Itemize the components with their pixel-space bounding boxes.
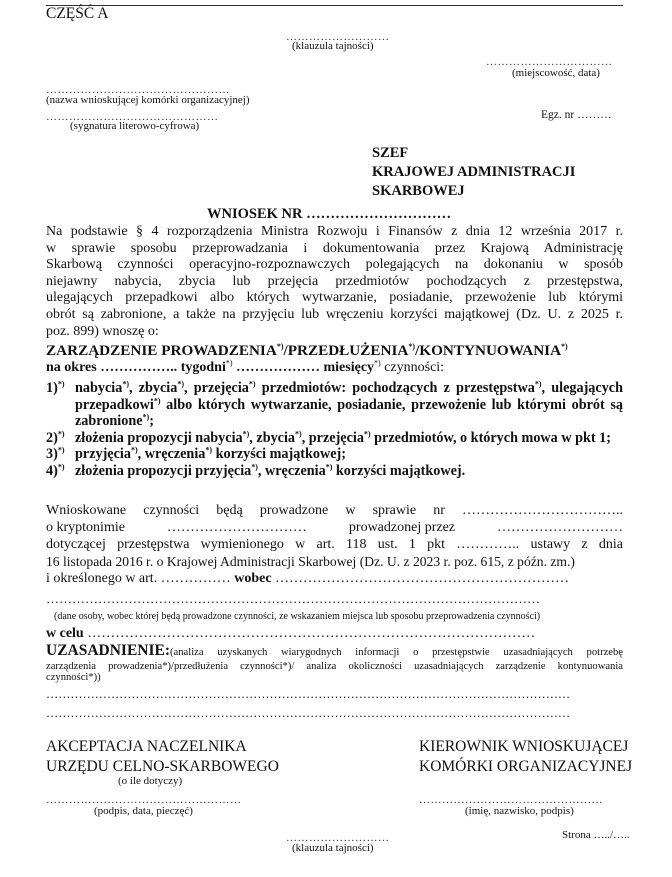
- item-text: nabycia*), zbycia*), przejęcia*) przedmi…: [75, 380, 623, 429]
- addressee-line: SZEF: [372, 144, 575, 163]
- footer-classification-label: (klauzula tajności): [292, 842, 374, 854]
- activities-list: 1)*)nabycia*), zbycia*), przejęcia*) prz…: [46, 380, 623, 480]
- intro-paragraph: Na podstawie § 4 rozporządzenia Ministra…: [46, 224, 623, 324]
- case-line-5: i określonego w art. …………… wobec ……………………: [46, 571, 569, 588]
- item-text: złożenia propozycji nabycia*), zbycia*),…: [75, 430, 611, 446]
- classification-label: (klauzula tajności): [292, 40, 374, 52]
- intro-line: ulegających przepadkowi albo których wyt…: [46, 290, 623, 307]
- unit-name-label: (nazwa wnioskującej komórki organizacyjn…: [46, 94, 250, 106]
- period-line: na okres …………….. tygodni*) ……………… miesię…: [46, 360, 444, 377]
- part-label: CZĘŚĆ A: [46, 5, 108, 23]
- signature-label: (sygnatura literowo-cyfrowa): [70, 120, 199, 132]
- justification-hint: czynności*)): [46, 672, 623, 683]
- copy-number[interactable]: Egz. nr ………: [541, 109, 612, 121]
- cryptonym-field[interactable]: …………………………: [167, 520, 307, 537]
- order-option-extend: /PRZEDŁUŻENIA: [283, 342, 408, 359]
- justification-field-1[interactable]: ……………………………………………………………………………………………………………: [46, 686, 570, 703]
- period-weeks-label: tygodni: [181, 360, 226, 375]
- addressee-line: KRAJOWEJ ADMINISTRACJI: [372, 163, 575, 182]
- period-months-label: miesięcy: [324, 360, 375, 375]
- footnote-mark: *): [226, 358, 233, 367]
- period-months-field[interactable]: ………………: [236, 360, 324, 375]
- justification-hint: zarządzenia prowadzenia*)/przedłużenia c…: [46, 661, 623, 672]
- conducted-by-label: prowadzonej przez: [349, 520, 455, 537]
- period-weeks-field[interactable]: na okres ……………..: [46, 360, 177, 375]
- acceptance-block: AKCEPTACJA NACZELNIKA URZĘDU CELNO-SKARB…: [46, 737, 279, 777]
- conducted-by-field[interactable]: ………………………: [497, 520, 623, 537]
- footnote-mark: *): [561, 342, 568, 351]
- manager-signature-label: (imię, nazwisko, podpis): [465, 805, 574, 817]
- purpose-field[interactable]: ……………………………………………………………………………………: [84, 626, 536, 641]
- intro-line: Skarbową czynności operacyjno-rozpoznawc…: [46, 257, 623, 274]
- order-option-continue: /KONTYNUOWANIA: [415, 342, 561, 359]
- intro-line: w sprawie sposobu przeprowadzania i doku…: [46, 241, 623, 258]
- manager-title: KIEROWNIK WNIOSKUJĄCEJ: [419, 737, 632, 757]
- case-line-2: o kryptonimie ………………………… prowadzonej prz…: [46, 520, 623, 537]
- activity-item[interactable]: 1)*)nabycia*), zbycia*), przejęcia*) prz…: [46, 380, 623, 430]
- request-title: WNIOSEK NR …………………………: [207, 206, 451, 223]
- article-field[interactable]: i określonego w art. ……………: [46, 571, 234, 586]
- cryptonym-label: o kryptonimie: [46, 520, 125, 537]
- order-option-conduct: ZARZĄDZENIE PROWADZENIA: [46, 342, 277, 359]
- footnote-mark: *): [374, 358, 381, 367]
- addressee-line: SKARBOWEJ: [372, 182, 575, 201]
- acceptance-note: (o ile dotyczy): [118, 775, 182, 787]
- intro-line: Na podstawie § 4 rozporządzenia Ministra…: [46, 224, 623, 241]
- intro-line: obrót są zabronione, a także na przyjęci…: [46, 307, 623, 324]
- intro-last-line: poz. 899) wnoszę o:: [46, 324, 159, 341]
- justification-hint: (analiza uzyskanych wiarygodnych informa…: [170, 647, 623, 658]
- addressee: SZEF KRAJOWEJ ADMINISTRACJI SKARBOWEJ: [372, 144, 575, 201]
- item-number: 4)*): [46, 463, 65, 480]
- justification-field-2[interactable]: ……………………………………………………………………………………………………………: [46, 705, 570, 722]
- top-rule: [46, 5, 623, 6]
- against-field[interactable]: ………………………………………………………: [272, 571, 570, 586]
- order-heading: ZARZĄDZENIE PROWADZENIA*)/PRZEDŁUŻENIA*)…: [46, 342, 568, 360]
- person-label: (dane osoby, wobec której będą prowadzon…: [54, 611, 540, 622]
- purpose-line: w celu ……………………………………………………………………………………: [46, 626, 535, 643]
- manager-block: KIEROWNIK WNIOSKUJĄCEJ KOMÓRKI ORGANIZAC…: [419, 737, 632, 777]
- item-number: 1)*): [46, 380, 65, 397]
- case-line-3: dotyczącej przestępstwa wymienionego w a…: [46, 537, 623, 554]
- justification: UZASADNIENIE: (analiza uzyskanych wiaryg…: [46, 642, 623, 683]
- acceptance-signature-label: (podpis, data, pieczęć): [94, 805, 193, 817]
- justification-label: UZASADNIENIE:: [46, 642, 170, 660]
- item-number: 2)*): [46, 430, 65, 447]
- item-text: przyjęcia*), wręczenia*) korzyści majątk…: [75, 446, 346, 462]
- activity-item[interactable]: 3)*)przyjęcia*), wręczenia*) korzyści ma…: [46, 446, 623, 463]
- purpose-label: w celu: [46, 626, 84, 641]
- person-field[interactable]: ……………………………………………………………………………………………………: [46, 591, 540, 608]
- acceptance-title: URZĘDU CELNO-SKARBOWEGO: [46, 757, 279, 777]
- against-label: wobec: [234, 571, 271, 586]
- intro-line: niejawny nabycia, zbycia lub przejęcia p…: [46, 274, 623, 291]
- acceptance-title: AKCEPTACJA NACZELNIKA: [46, 737, 279, 757]
- manager-title: KOMÓRKI ORGANIZACYJNEJ: [419, 757, 632, 777]
- case-line-4: 16 listopada 2016 r. o Krajowej Administ…: [46, 554, 575, 571]
- item-number: 3)*): [46, 446, 65, 463]
- activity-item[interactable]: 4)*)złożenia propozycji przyjęcia*), wrę…: [46, 463, 623, 480]
- activity-item[interactable]: 2)*)złożenia propozycji nabycia*), zbyci…: [46, 430, 623, 447]
- place-date-label: (miejscowość, data): [512, 67, 600, 79]
- page-number: Strona …../…..: [562, 829, 630, 841]
- case-line-1: Wnioskowane czynności będą prowadzone w …: [46, 503, 623, 520]
- period-suffix: czynności:: [381, 360, 444, 375]
- item-text: złożenia propozycji przyjęcia*), wręczen…: [75, 463, 465, 479]
